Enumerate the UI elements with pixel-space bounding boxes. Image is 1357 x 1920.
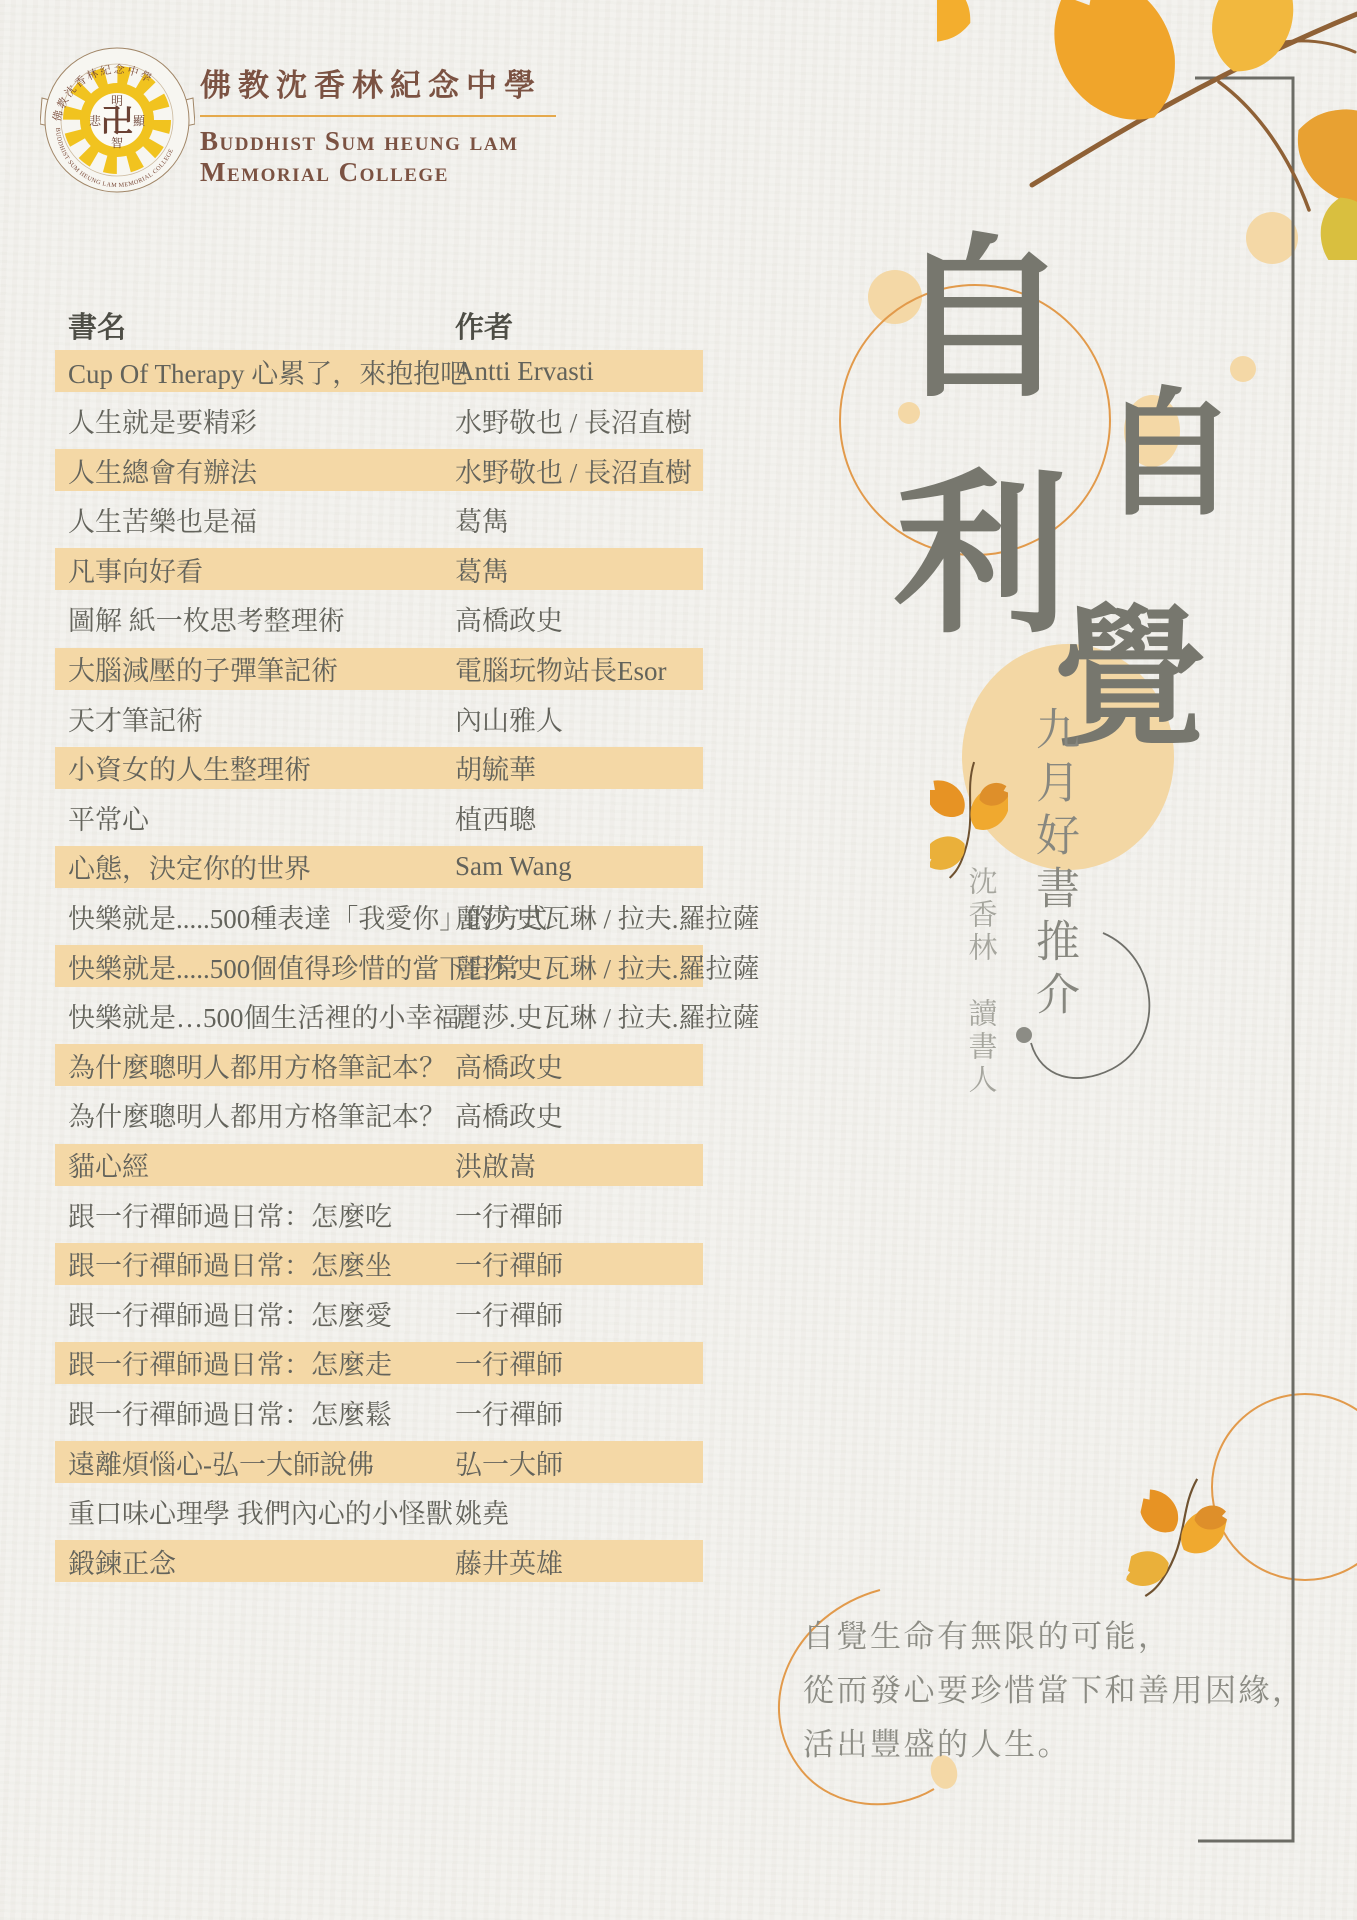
book-title: 小資女的人生整理術	[55, 748, 455, 787]
book-author: 高橋政史	[455, 1046, 703, 1085]
book-author: 麗莎.史瓦琳 / 拉夫.羅拉薩	[455, 996, 760, 1035]
quote-line: 從而發心要珍惜當下和善用因緣，	[803, 1664, 1306, 1718]
table-row: 跟一行禪師過日常：怎麼鬆 一行禪師	[55, 1391, 703, 1433]
book-title: 重口味心理學 我們內心的小怪獸	[55, 1492, 455, 1531]
table-row: 為什麼聰明人都用方格筆記本？ 高橋政史	[55, 1044, 703, 1086]
book-title: 貓心經	[55, 1145, 455, 1184]
table-body: Cup Of Therapy 心累了，來抱抱吧 Antti Ervasti 人生…	[55, 350, 703, 1582]
table-row: 人生總會有辦法 水野敬也 / 長沼直樹	[55, 449, 703, 491]
book-author: 一行禪師	[455, 1343, 703, 1382]
ginkgo-sprig-decoration	[930, 758, 1008, 880]
school-name-zh: 佛教沈香林紀念中學	[200, 60, 680, 105]
book-title: 人生就是要精彩	[55, 401, 455, 440]
book-title: 人生苦樂也是福	[55, 500, 455, 539]
table-row: 鍛鍊正念 藤井英雄	[55, 1540, 703, 1582]
book-author: 水野敬也 / 長沼直樹	[455, 401, 703, 440]
table-header-row: 書名 作者	[55, 308, 703, 342]
book-author: 高橋政史	[455, 1095, 703, 1134]
book-title: 鍛鍊正念	[55, 1542, 455, 1581]
book-title: 圖解 紙一枚思考整理術	[55, 599, 455, 638]
book-title: 快樂就是.....500種表達「我愛你」的方式	[55, 897, 455, 936]
book-title: 快樂就是…500個生活裡的小幸福	[55, 996, 455, 1035]
book-title: 平常心	[55, 798, 455, 837]
table-row: 為什麼聰明人都用方格筆記本？ 高橋政史	[55, 1094, 703, 1136]
book-author: Sam Wang	[455, 851, 703, 882]
byline-vertical: 沈香林 讀書人	[961, 866, 1002, 1097]
subtitle-vertical: 九月好書推介	[1021, 706, 1085, 1024]
book-title: 快樂就是.....500個值得珍惜的當下日常	[55, 947, 455, 986]
table-row: 跟一行禪師過日常：怎麼坐 一行禪師	[55, 1243, 703, 1285]
book-author: 洪啟嵩	[455, 1145, 703, 1184]
table-row: 重口味心理學 我們內心的小怪獸 姚堯	[55, 1491, 703, 1533]
book-author: 高橋政史	[455, 599, 703, 638]
book-author: Antti Ervasti	[455, 356, 703, 387]
table-row: 小資女的人生整理術 胡毓華	[55, 747, 703, 789]
table-row: 平常心 植西聰	[55, 796, 703, 838]
book-author: 內山雅人	[455, 699, 703, 738]
book-author: 胡毓華	[455, 748, 703, 787]
table-row: 人生就是要精彩 水野敬也 / 長沼直樹	[55, 400, 703, 442]
book-author: 電腦玩物站長Esor	[455, 649, 703, 688]
book-author: 水野敬也 / 長沼直樹	[455, 451, 703, 490]
slogan-char-zi-right: 自	[1100, 387, 1238, 525]
table-row: 跟一行禪師過日常：怎麼愛 一行禪師	[55, 1292, 703, 1334]
book-title: 跟一行禪師過日常：怎麼吃	[55, 1195, 455, 1234]
book-title: Cup Of Therapy 心累了，來抱抱吧	[55, 352, 455, 391]
book-author: 姚堯	[455, 1492, 703, 1531]
table-row: Cup Of Therapy 心累了，來抱抱吧 Antti Ervasti	[55, 350, 703, 392]
table-row: 天才筆記術 內山雅人	[55, 697, 703, 739]
table-row: 心態，決定你的世界 Sam Wang	[55, 846, 703, 888]
header: 佛教沈香林紀念中學 Buddhist Sum heung lam Memoria…	[200, 60, 680, 189]
book-title: 跟一行禪師過日常：怎麼坐	[55, 1244, 455, 1283]
slogan-char-li: 利	[894, 470, 1069, 645]
table-row: 貓心經 洪啟嵩	[55, 1144, 703, 1186]
school-name-en-line1: Buddhist Sum heung lam	[200, 126, 680, 157]
book-author: 植西聰	[455, 798, 703, 837]
quote-line: 活出豐盛的人生。	[803, 1718, 1306, 1772]
book-author: 一行禪師	[455, 1294, 703, 1333]
book-table: 書名 作者 Cup Of Therapy 心累了，來抱抱吧 Antti Erva…	[55, 308, 703, 1590]
book-title: 大腦減壓的子彈筆記術	[55, 649, 455, 688]
book-title: 天才筆記術	[55, 699, 455, 738]
book-title: 人生總會有辦法	[55, 451, 455, 490]
book-title: 心態，決定你的世界	[55, 847, 455, 886]
column-header-title: 書名	[55, 305, 455, 346]
header-divider	[200, 115, 556, 117]
table-row: 圖解 紙一枚思考整理術 高橋政史	[55, 598, 703, 640]
ginkgo-branch-decoration	[937, 0, 1357, 260]
book-title: 為什麼聰明人都用方格筆記本？	[55, 1095, 455, 1134]
school-name-en-line2: Memorial College	[200, 157, 680, 188]
table-row: 跟一行禪師過日常：怎麼走 一行禪師	[55, 1342, 703, 1384]
quote-line: 自覺生命有無限的可能，	[803, 1610, 1306, 1664]
table-row: 凡事向好看 葛雋	[55, 548, 703, 590]
table-row: 快樂就是.....500種表達「我愛你」的方式 麗莎.史瓦琳 / 拉夫.羅拉薩	[55, 896, 703, 938]
book-author: 一行禪師	[455, 1244, 703, 1283]
book-title: 跟一行禪師過日常：怎麼鬆	[55, 1393, 455, 1432]
book-author: 藤井英雄	[455, 1542, 703, 1581]
book-author: 葛雋	[455, 500, 703, 539]
table-row: 大腦減壓的子彈筆記術 電腦玩物站長Esor	[55, 648, 703, 690]
table-row: 人生苦樂也是福 葛雋	[55, 499, 703, 541]
book-title: 凡事向好看	[55, 550, 455, 589]
book-title: 遠離煩惱心-弘一大師說佛	[55, 1443, 455, 1482]
column-header-author: 作者	[455, 305, 703, 346]
book-title: 跟一行禪師過日常：怎麼走	[55, 1343, 455, 1382]
table-row: 跟一行禪師過日常：怎麼吃 一行禪師	[55, 1193, 703, 1235]
book-author: 麗莎.史瓦琳 / 拉夫.羅拉薩	[455, 947, 760, 986]
book-author: 葛雋	[455, 550, 703, 589]
book-author: 一行禪師	[455, 1195, 703, 1234]
table-row: 快樂就是.....500個值得珍惜的當下日常 麗莎.史瓦琳 / 拉夫.羅拉薩	[55, 945, 703, 987]
table-row: 快樂就是…500個生活裡的小幸福 麗莎.史瓦琳 / 拉夫.羅拉薩	[55, 995, 703, 1037]
table-row: 遠離煩惱心-弘一大師說佛 弘一大師	[55, 1441, 703, 1483]
book-author: 一行禪師	[455, 1393, 703, 1432]
book-title: 跟一行禪師過日常：怎麼愛	[55, 1294, 455, 1333]
slogan-char-zi-left: 自	[895, 234, 1070, 409]
book-author: 弘一大師	[455, 1443, 703, 1482]
grey-dot	[1016, 1027, 1032, 1043]
book-title: 為什麼聰明人都用方格筆記本？	[55, 1046, 455, 1085]
quote-block: 自覺生命有無限的可能， 從而發心要珍惜當下和善用因緣， 活出豐盛的人生。	[803, 1610, 1306, 1772]
book-author: 麗莎.史瓦琳 / 拉夫.羅拉薩	[455, 897, 760, 936]
